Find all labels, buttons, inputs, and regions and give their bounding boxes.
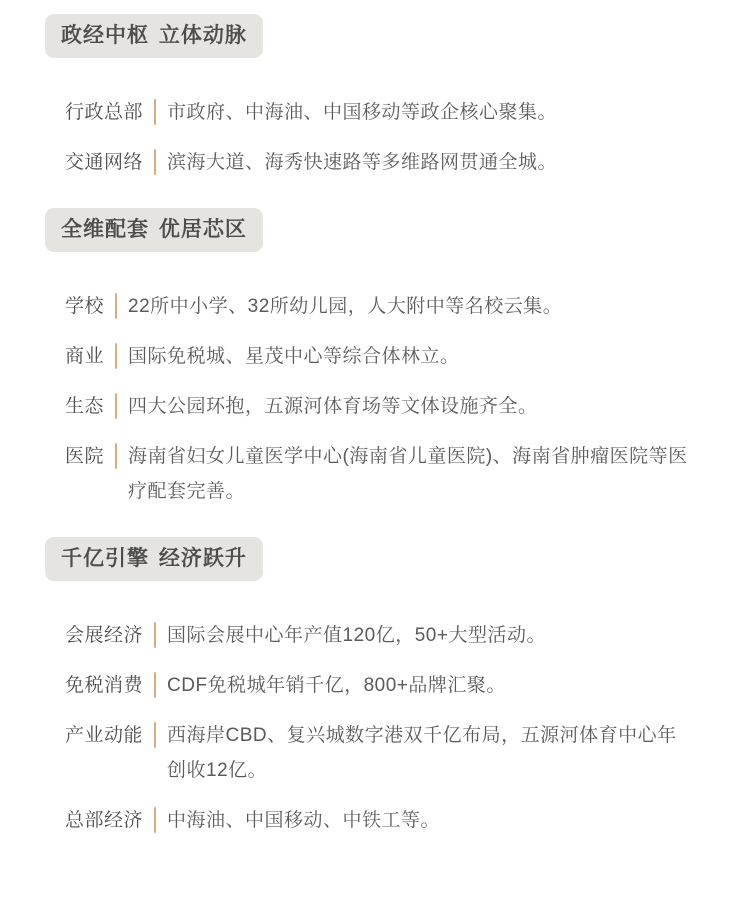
row-label: 商业: [65, 339, 104, 374]
row-label: 总部经济: [65, 803, 143, 838]
row-description: 22所中小学、32所幼儿园，人大附中等名校云集。: [128, 289, 562, 324]
row-label: 会展经济: [65, 618, 143, 653]
divider-bar: [115, 443, 117, 469]
info-row: 学校 22所中小学、32所幼儿园，人大附中等名校云集。: [65, 289, 696, 324]
info-row: 免税消费 CDF免税城年销千亿，800+品牌汇聚。: [65, 668, 696, 703]
row-description: 四大公园环抱，五源河体育场等文体设施齐全。: [128, 389, 538, 424]
row-description: 国际免税城、星茂中心等综合体林立。: [128, 339, 460, 374]
row-description: 海南省妇女儿童医学中心(海南省儿童医院)、海南省肿瘤医院等医 疗配套完善。: [128, 439, 688, 509]
divider-bar: [115, 393, 117, 419]
description-line: CDF免税城年销千亿，800+品牌汇聚。: [167, 668, 506, 703]
row-label: 学校: [65, 289, 104, 324]
row-description: 中海油、中国移动、中铁工等。: [167, 803, 440, 838]
description-line: 22所中小学、32所幼儿园，人大附中等名校云集。: [128, 289, 562, 324]
info-row: 总部经济 中海油、中国移动、中铁工等。: [65, 803, 696, 838]
info-row: 商业 国际免税城、星茂中心等综合体林立。: [65, 339, 696, 374]
section-title-badge: 政经中枢 立体动脉: [45, 14, 263, 58]
section-rows: 行政总部 市政府、中海油、中国移动等政企核心聚集。 交通网络 滨海大道、海秀快速…: [65, 95, 696, 180]
section-title-badge: 千亿引擎 经济跃升: [45, 537, 263, 581]
row-description: 滨海大道、海秀快速路等多维路网贯通全城。: [167, 145, 557, 180]
info-row: 产业动能 西海岸CBD、复兴城数字港双千亿布局，五源河体育中心年 创收12亿。: [65, 718, 696, 788]
divider-bar: [115, 343, 117, 369]
divider-bar: [154, 149, 156, 175]
section-rows: 会展经济 国际会展中心年产值120亿，50+大型活动。 免税消费 CDF免税城年…: [65, 618, 696, 838]
info-row: 交通网络 滨海大道、海秀快速路等多维路网贯通全城。: [65, 145, 696, 180]
description-line: 海南省妇女儿童医学中心(海南省儿童医院)、海南省肿瘤医院等医: [128, 439, 688, 474]
row-label: 产业动能: [65, 718, 143, 753]
section-title-badge: 全维配套 优居芯区: [45, 208, 263, 252]
row-label: 生态: [65, 389, 104, 424]
description-line: 市政府、中海油、中国移动等政企核心聚集。: [167, 95, 557, 130]
row-description: 西海岸CBD、复兴城数字港双千亿布局，五源河体育中心年 创收12亿。: [167, 718, 677, 788]
row-description: 国际会展中心年产值120亿，50+大型活动。: [167, 618, 546, 653]
info-row: 会展经济 国际会展中心年产值120亿，50+大型活动。: [65, 618, 696, 653]
row-label: 交通网络: [65, 145, 143, 180]
description-line: 中海油、中国移动、中铁工等。: [167, 803, 440, 838]
description-line: 创收12亿。: [167, 753, 677, 788]
description-line: 疗配套完善。: [128, 474, 688, 509]
description-line: 四大公园环抱，五源河体育场等文体设施齐全。: [128, 389, 538, 424]
info-row: 医院 海南省妇女儿童医学中心(海南省儿童医院)、海南省肿瘤医院等医 疗配套完善。: [65, 439, 696, 509]
divider-bar: [154, 99, 156, 125]
section-full-amenities: 全维配套 优居芯区 学校 22所中小学、32所幼儿园，人大附中等名校云集。 商业…: [45, 208, 696, 509]
info-page: 政经中枢 立体动脉 行政总部 市政府、中海油、中国移动等政企核心聚集。 交通网络…: [0, 0, 740, 913]
row-label: 医院: [65, 439, 104, 474]
row-description: CDF免税城年销千亿，800+品牌汇聚。: [167, 668, 506, 703]
description-line: 国际会展中心年产值120亿，50+大型活动。: [167, 618, 546, 653]
row-label: 免税消费: [65, 668, 143, 703]
description-line: 西海岸CBD、复兴城数字港双千亿布局，五源河体育中心年: [167, 718, 677, 753]
divider-bar: [154, 672, 156, 698]
info-row: 行政总部 市政府、中海油、中国移动等政企核心聚集。: [65, 95, 696, 130]
divider-bar: [154, 622, 156, 648]
section-political-economic-hub: 政经中枢 立体动脉 行政总部 市政府、中海油、中国移动等政企核心聚集。 交通网络…: [45, 14, 696, 180]
divider-bar: [154, 722, 156, 748]
description-line: 滨海大道、海秀快速路等多维路网贯通全城。: [167, 145, 557, 180]
description-line: 国际免税城、星茂中心等综合体林立。: [128, 339, 460, 374]
section-rows: 学校 22所中小学、32所幼儿园，人大附中等名校云集。 商业 国际免税城、星茂中…: [65, 289, 696, 509]
section-economy-engine: 千亿引擎 经济跃升 会展经济 国际会展中心年产值120亿，50+大型活动。 免税…: [45, 537, 696, 838]
row-label: 行政总部: [65, 95, 143, 130]
row-description: 市政府、中海油、中国移动等政企核心聚集。: [167, 95, 557, 130]
divider-bar: [154, 807, 156, 833]
divider-bar: [115, 293, 117, 319]
info-row: 生态 四大公园环抱，五源河体育场等文体设施齐全。: [65, 389, 696, 424]
